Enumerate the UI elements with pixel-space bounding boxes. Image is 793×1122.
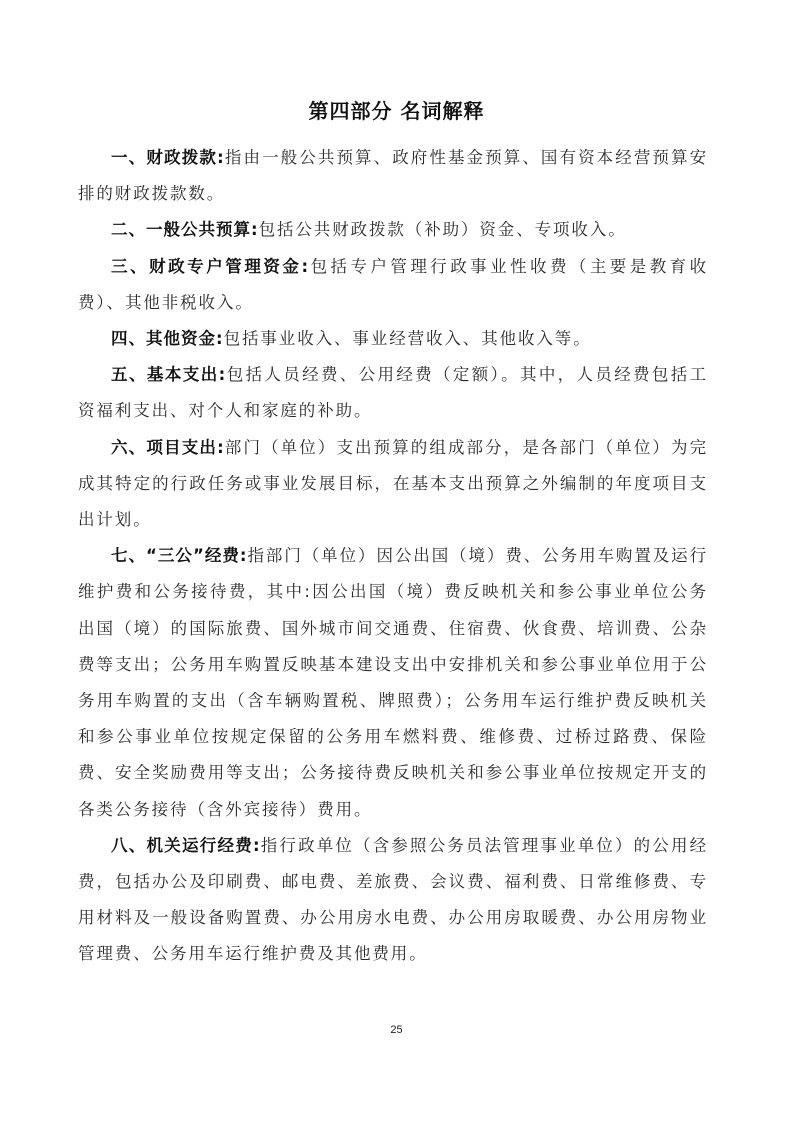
glossary-entry-special-account-funds: 三、财政专户管理资金:包括专户管理行政事业性收费（主要是教育收费）、其他非税收入… (78, 249, 708, 321)
page-number: 25 (0, 1024, 793, 1036)
glossary-entry-agency-operating-expenses: 八、机关运行经费:指行政单位（含参照公务员法管理事业单位）的公用经费，包括办公及… (78, 828, 708, 973)
page-title: 第四部分 名词解释 (0, 95, 793, 124)
term-name: 七、“三公”经费: (111, 546, 247, 565)
term-name: 二、一般公共预算: (111, 220, 259, 239)
glossary-body: 一、财政拨款:指由一般公共预算、政府性基金预算、国有资本经营预算安排的财政拨款数… (78, 140, 708, 973)
term-definition: 指部门（单位）因公出国（境）费、公务用车购置及运行维护费和公务接待费，其中:因公… (78, 546, 708, 818)
glossary-entry-project-expenditure: 六、项目支出:部门（单位）支出预算的组成部分，是各部门（单位）为完成其特定的行政… (78, 430, 708, 539)
term-name: 三、财政专户管理资金: (111, 257, 309, 276)
glossary-entry-three-public-expenses: 七、“三公”经费:指部门（单位）因公出国（境）费、公务用车购置及运行维护费和公务… (78, 538, 708, 828)
term-definition: 包括事业收入、事业经营收入、其他收入等。 (224, 329, 592, 348)
glossary-entry-other-funds: 四、其他资金:包括事业收入、事业经营收入、其他收入等。 (78, 321, 708, 357)
glossary-entry-general-public-budget: 二、一般公共预算:包括公共财政拨款（补助）资金、专项收入。 (78, 212, 708, 248)
term-name: 六、项目支出: (111, 438, 225, 457)
term-name: 五、基本支出: (111, 365, 226, 384)
glossary-entry-fiscal-appropriation: 一、财政拨款:指由一般公共预算、政府性基金预算、国有资本经营预算安排的财政拨款数… (78, 140, 708, 212)
term-definition: 指行政单位（含参照公务员法管理事业单位）的公用经费，包括办公及印刷费、邮电费、差… (78, 836, 708, 964)
term-definition: 包括公共财政拨款（补助）资金、专项收入。 (259, 220, 627, 239)
term-name: 八、机关运行经费: (111, 836, 261, 855)
term-name: 一、财政拨款: (111, 148, 225, 167)
glossary-entry-basic-expenditure: 五、基本支出:包括人员经费、公用经费（定额）。其中，人员经费包括工资福利支出、对… (78, 357, 708, 429)
term-name: 四、其他资金: (111, 329, 224, 348)
